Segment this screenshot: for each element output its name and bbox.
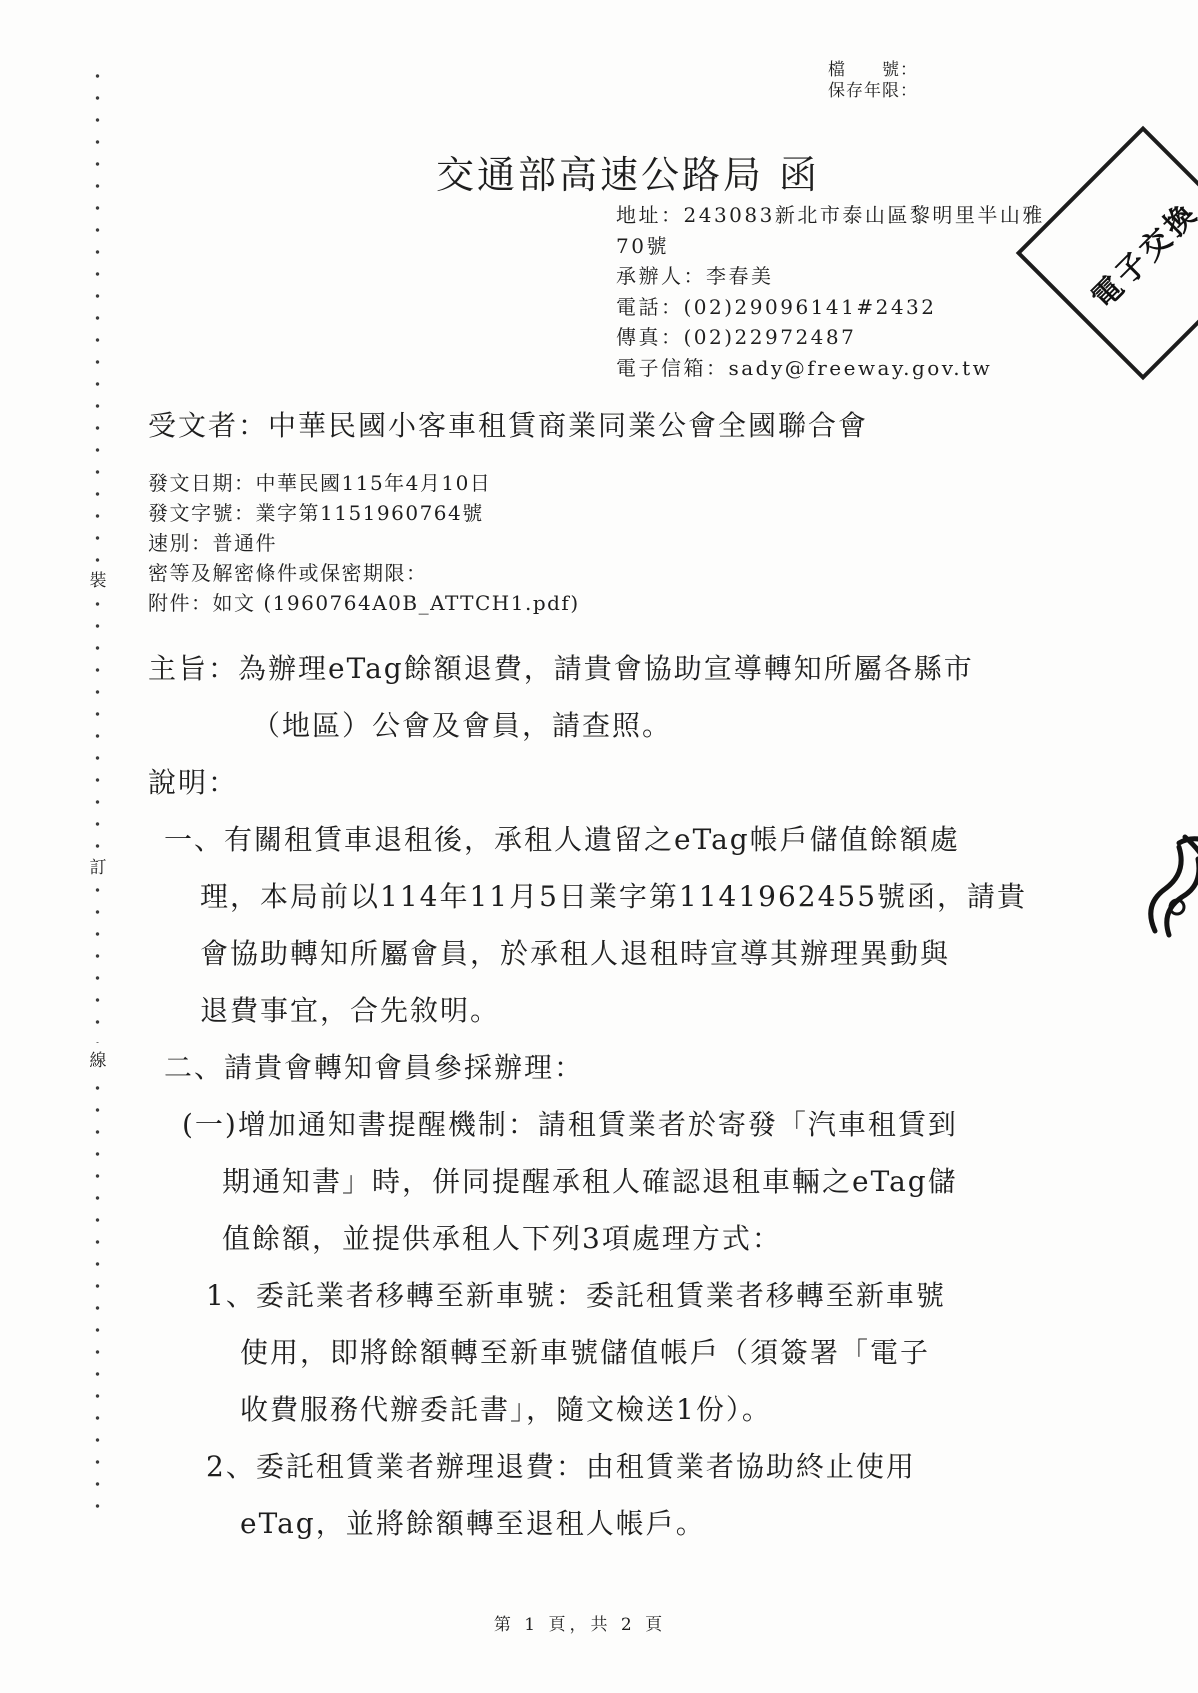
scanned-official-letter: 檔 號： 保存年限： 交通部高速公路局 函 地址：243083新北市泰山區黎明里… [0,0,1198,1693]
sender-phone: 電話：(02)29096141#2432 [616,292,1045,323]
sender-email: 電子信箱：sady@freeway.gov.tw [616,353,1045,384]
binding-dotted-line [95,72,100,1508]
body-line: 值餘額，並提供承租人下列3項處理方式： [148,1210,1027,1267]
priority-level: 速別：普通件 [148,528,580,558]
document-meta-block: 發文日期：中華民國115年4月10日 發文字號：業字第1151960764號 速… [148,468,580,618]
body-line: (一)增加通知書提醒機制：請租賃業者於寄發「汽車租賃到 [148,1096,1027,1153]
sender-info-block: 地址：243083新北市泰山區黎明里半山雅 70號 承辦人：李春美 電話：(02… [616,200,1045,383]
binding-mark-ding: 訂 [86,850,110,881]
stamp-text: 電子交換 [1079,189,1198,316]
sender-address-line2: 70號 [616,231,1045,262]
body-line: eTag，並將餘額轉至退租人帳戶。 [148,1495,1027,1552]
body-line: 1、委託業者移轉至新車號：委託租賃業者移轉至新車號 [148,1267,1027,1324]
sender-fax: 傳真：(02)22972487 [616,322,1045,353]
sender-contact-person: 承辦人：李春美 [616,261,1045,292]
body-line: 一、有關租賃車退租後，承租人遺留之eTag帳戶儲值餘額處 [148,811,1027,868]
body-line: 2、委託租賃業者辦理退費：由租賃業者協助終止使用 [148,1438,1027,1495]
edge-stamp-sketch-icon [1125,833,1198,938]
body-line: 理，本局前以114年11月5日業字第1141962455號函，請貴 [148,868,1027,925]
body-line: 收費服務代辦委託書」，隨文檢送1份）。 [148,1381,1027,1438]
attachment-line: 附件：如文 (1960764A0B_ATTCH1.pdf) [148,588,580,618]
body-line: 主旨：為辦理eTag餘額退費，請貴會協助宣導轉知所屬各縣市 [148,640,1027,697]
body-line: 期通知書」時，併同提醒承租人確認退租車輛之eTag儲 [148,1153,1027,1210]
body-line: （地區）公會及會員，請查照。 [148,697,1027,754]
body-line: 會協助轉知所屬會員，於承租人退租時宣導其辦理異動與 [148,925,1027,982]
binding-mark-zhuang: 裝 [86,563,110,594]
page-footer: 第 1 頁，共 2 頁 [0,1610,1198,1635]
binding-mark-xian: 線 [86,1043,110,1074]
doc-number: 發文字號：業字第1151960764號 [148,498,580,528]
file-number-label: 檔 號： [828,60,918,81]
body-line: 退費事宜，合先敘明。 [148,982,1027,1039]
letter-body: 主旨：為辦理eTag餘額退費，請貴會協助宣導轉知所屬各縣市 （地區）公會及會員，… [148,640,1027,1552]
body-line: 說明： [148,754,1027,811]
retention-period-label: 保存年限： [828,81,918,102]
archive-labels: 檔 號： 保存年限： [828,60,918,102]
sender-address-line1: 地址：243083新北市泰山區黎明里半山雅 [616,200,1045,231]
body-line: 二、請貴會轉知會員參採辦理： [148,1039,1027,1096]
security-classification: 密等及解密條件或保密期限： [148,558,580,588]
edge-stamp-graphic [1125,833,1198,942]
document-title: 交通部高速公路局 函 [0,144,1198,199]
issue-date: 發文日期：中華民國115年4月10日 [148,468,580,498]
recipient-line: 受文者：中華民國小客車租賃商業同業公會全國聯合會 [148,404,868,444]
body-line: 使用，即將餘額轉至新車號儲值帳戶（須簽署「電子 [148,1324,1027,1381]
